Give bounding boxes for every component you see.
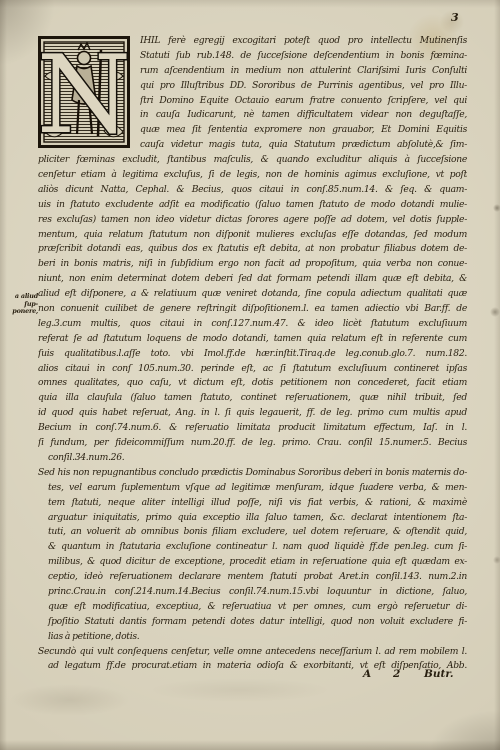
text-line: ſpoſitio Statuti dantis formam petendi d… — [38, 615, 467, 630]
text-line: omnes qualitates, quo caſu, vt dictum eſ… — [38, 376, 467, 391]
drop-cap-letter: N — [38, 36, 130, 148]
text-line: rum aſcendentium in medium non attulerin… — [140, 64, 467, 79]
signature-row: A 2 Butr. — [0, 668, 500, 684]
text-line: Secundò qui vult conſequens cenſetur, ve… — [38, 645, 467, 660]
text-line: tuti, an voluerit ab omnibus bonis filia… — [38, 525, 467, 540]
text-line: ſtri Domino Equite Octauio earum fratre … — [140, 94, 467, 109]
margin-note-line: a aliud ſup- — [3, 293, 38, 308]
text-block: N IHIL ferè egregij excogitari poteſt qu… — [38, 34, 467, 674]
paragraph-2-last-line: lias à petitione, dotis. — [38, 630, 467, 645]
text-line: pliciter fœminas excludit, ſtantibus maſ… — [38, 153, 467, 168]
text-line: tem ſtatuti, neque aliter intelligi illu… — [38, 496, 467, 511]
paragraph-1-last-line: conſil.34.num.26. — [38, 451, 467, 466]
text-line: qui pro Illuſtribus DD. Sororibus de Pur… — [140, 79, 467, 94]
text-line: aliud eſt diſponere, a & relatiuum quæ v… — [38, 287, 467, 302]
text-line: referat ſe ad ſtatutum loquens de modo d… — [38, 332, 467, 347]
text-line: ſuis qualitatibus.l.aſſe toto. vbi Imol.… — [38, 347, 467, 362]
text-line: niunt, non enim determinat dotem deberi … — [38, 272, 467, 287]
text-line: beri in bonis matris, niſi in ſubſidium … — [38, 257, 467, 272]
text-line: res excluſas) tamen non ideo videtur dic… — [38, 213, 467, 228]
text-line: cauſa videtur magis tuta, quia Statutum … — [140, 138, 467, 153]
text-line: id quod quis habet reſeruat, Ang. in l. … — [38, 406, 467, 421]
text-line: ceptio, ideò reſeruationem declarare men… — [38, 570, 467, 585]
woodcut-initial-graphic: N — [38, 36, 130, 148]
text-line: IHIL ferè egregij excogitari poteſt quod… — [140, 34, 467, 49]
text-line: quæ mea ſit ſententia expromere non grau… — [140, 123, 467, 138]
text-line: quia illa clauſula (ſaluo tamen ſtatuto,… — [38, 391, 467, 406]
margin-note: a aliud ſup- ponere, — [3, 293, 38, 316]
text-line: tes, vel earum ſuplementum vſque ad legi… — [38, 481, 467, 496]
catchword: Butr. — [424, 668, 454, 680]
text-line: non conuenit cuilibet de genere reſtring… — [38, 302, 467, 317]
text-line: uis in ſtatuto excludente adſit ea modif… — [38, 198, 467, 213]
text-line: in cauſa Iudicarunt, nè tamen difficulta… — [140, 108, 467, 123]
folio-number: 3 — [451, 11, 459, 24]
drop-cap-woodcut: N — [38, 36, 130, 148]
signature-letter: A — [363, 668, 371, 680]
margin-note-line: ponere, — [3, 308, 38, 316]
text-line: Becium in conſ.74.num.6. & reſeruatio li… — [38, 421, 467, 436]
text-line: ſi fundum, per fideicommiſſum num.20.ff.… — [38, 436, 467, 451]
paragraph-2-body: Sed his non repugnantibus concludo prædi… — [38, 466, 467, 630]
scanned-book-page: { "page": { "folio": "3", "signature_let… — [0, 0, 500, 750]
text-line: Statuti ſub rub.148. de ſucceſsione deſc… — [140, 49, 467, 64]
text-line: arguatur iniquitatis, primo quia excepti… — [38, 511, 467, 526]
paragraph-1-body: pliciter fœminas excludit, ſtantibus maſ… — [38, 153, 467, 451]
text-line: leg.3.cum multis, quos citaui in conſ.12… — [38, 317, 467, 332]
signature-number: 2 — [393, 668, 400, 680]
text-line: milibus, & quod dicitur de exceptione, p… — [38, 555, 467, 570]
text-line: mentum, quia relatum ſtatutum non diſpon… — [38, 228, 467, 243]
text-line: Sed his non repugnantibus concludo prædi… — [38, 466, 467, 481]
text-line: præſcribit dotandi eas, quibus dos ex ſt… — [38, 242, 467, 257]
text-line: & quantum in ſtatutaria excluſione conti… — [38, 540, 467, 555]
text-line: princ.Crau.in conſ.214.num.14.Becius con… — [38, 585, 467, 600]
text-line: aliòs dicunt Natta, Cephal. & Becius, qu… — [38, 183, 467, 198]
text-line: quæ eſt modificatiua, exceptiua, & reſer… — [38, 600, 467, 615]
text-line: alios citaui in conſ 105.num.30. perinde… — [38, 362, 467, 377]
text-line: cenſetur etiam à legitima excluſus, ſi d… — [38, 168, 467, 183]
